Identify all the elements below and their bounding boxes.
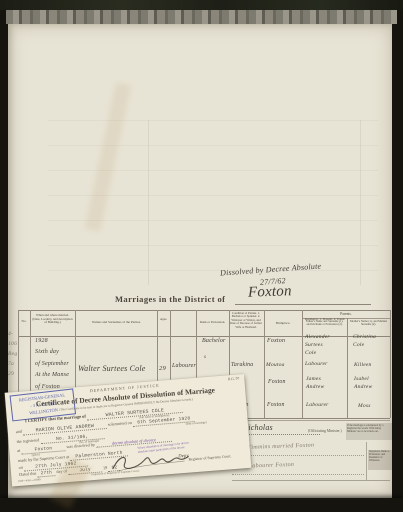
- parents-split-line: [347, 318, 348, 418]
- register-title: Marriages in the District of: [115, 294, 225, 304]
- entry-bride-residence-1: Foxton: [268, 379, 286, 387]
- header-condition: Condition of Parties. 1. Bachelor or Spi…: [230, 312, 262, 335]
- cert-solemnised-label: solemnised on: [108, 420, 132, 427]
- frame-left: [0, 24, 8, 512]
- witness-box-bottom: [232, 480, 390, 481]
- cert-registrar-printed: Registrar of Supreme Court.: [188, 454, 231, 461]
- header-parents-group: Parents.: [302, 312, 390, 316]
- header-no: No.: [19, 320, 29, 324]
- witness-fine-print: Signatures, Rank or Profession, and Resi…: [368, 450, 392, 470]
- binding-page-edges: [6, 10, 397, 25]
- frame-right: [392, 24, 403, 512]
- scanned-register-photo: Dissolved by Decree Absolute 27/7/62 Mar…: [0, 0, 403, 512]
- entry-groom-residence-2: Moutoa: [266, 362, 285, 370]
- entry-groom-condition: Bachelor: [202, 337, 226, 345]
- entry-groom-age: 29: [159, 365, 166, 374]
- entry-groom-mother: Christina Cole: [353, 334, 376, 350]
- entry-bride-father: James Andrew: [306, 376, 324, 392]
- district-name-handwritten: Foxton: [248, 281, 292, 303]
- entry-groom-residence-1: Foxton: [267, 337, 285, 345]
- entry-bride-mother: Isabel Andrew: [354, 376, 372, 392]
- cert-registered-label: the registered: [16, 437, 39, 444]
- cert-at-label: at: [17, 448, 20, 453]
- registrar-deputy-handwritten: Depy: [178, 453, 189, 460]
- header-mother: Mother's Name (1), and Maiden Surname (2…: [349, 320, 388, 335]
- ghost-column-line: [360, 120, 361, 285]
- title-rule: [235, 304, 371, 305]
- witness-rule-2: [232, 474, 364, 475]
- header-ages: Ages.: [158, 318, 169, 334]
- cert-on-label: on: [18, 465, 23, 470]
- table-top-rule: [18, 310, 390, 311]
- entry-groom-birthplace: Tarakina: [231, 362, 253, 370]
- entry-groom-father-rank: Labourer: [305, 361, 328, 369]
- entry-bride-mother-maiden: Moss: [358, 403, 371, 411]
- cert-dated-day: 27th: [41, 470, 53, 476]
- header-when-married: When and where married. (Date, Locality,…: [32, 314, 73, 334]
- minister-caption: (Officiating Minister.): [308, 429, 342, 433]
- ghost-column-line: [148, 120, 149, 285]
- margin-notes: 4- 106 Reg 7a 29: [8, 330, 17, 379]
- header-rank: Rank or Profession.: [198, 321, 227, 325]
- cert-dissolved-label: was dissolved by: [66, 442, 95, 449]
- witness-rule-1: [232, 455, 364, 456]
- table-border-right: [390, 310, 391, 418]
- entry-groom-father: Alexander Surtees Cole: [305, 334, 330, 357]
- cert-and-label: and: [16, 429, 22, 434]
- entry-when-married: 1928 Sixth day of September At the Manse…: [35, 336, 75, 393]
- cert-bride-name: MARION OLIVE ANDREW: [36, 424, 95, 434]
- header-birthplace: Birthplace.: [266, 322, 300, 326]
- entry-groom-name: Walter Surtees Cole: [78, 364, 146, 375]
- cert-dated-label: Dated this: [19, 471, 36, 477]
- entry-groom-mother-maiden: Killeen: [354, 362, 372, 370]
- cert-print-code: 15M—4/62—23049: [18, 478, 41, 483]
- decree-absolute-certificate: REGISTRAR-GENERAL - 3 AUG 1962 WELLINGTO…: [5, 374, 252, 487]
- register-page: Dissolved by Decree Absolute 27/7/62 Mar…: [8, 24, 392, 498]
- entry-condition-mark: s: [204, 355, 206, 362]
- header-names: Names and Surnames of the Parties.: [78, 321, 155, 325]
- entry-bride-father-rank: Labourer: [306, 402, 329, 410]
- cert-date-caption: (date of marriage): [186, 420, 207, 426]
- header-father: Father's Name and Surname (1), and his R…: [304, 320, 345, 335]
- book-spine-edge: [0, 0, 403, 10]
- witness-box-line: [366, 442, 367, 480]
- col-line: [264, 310, 265, 418]
- col-line: [302, 310, 303, 418]
- entry-groom-rank: Labourer: [172, 362, 196, 370]
- minister-fine-print: If the marriage is solemnised by a Regis…: [346, 423, 392, 440]
- entry-bride-residence-2: Foxton: [267, 402, 285, 410]
